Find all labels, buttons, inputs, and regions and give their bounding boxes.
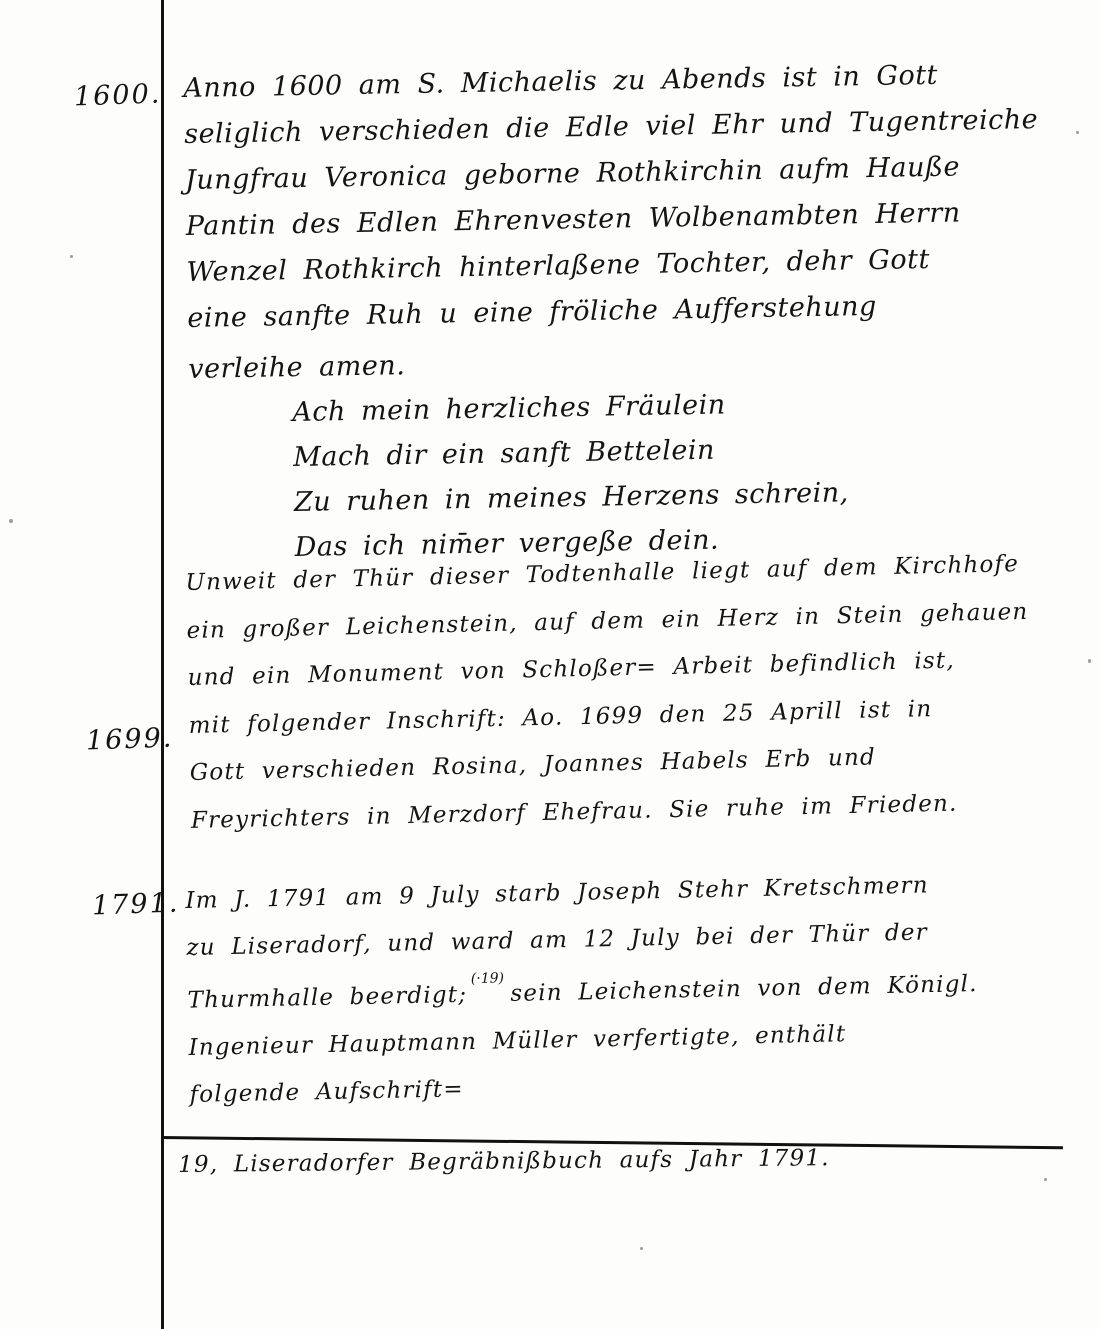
scan-speck (70, 255, 73, 258)
footnote-ref: (·19) (471, 970, 505, 987)
scan-speck (1088, 659, 1091, 663)
entry-1699: Unweit der Thür dieser Todtenhalle liegt… (185, 541, 1033, 845)
margin-date-1600: 1600. (73, 78, 161, 112)
footnote: 19, Liseradorfer Begräbnißbuch aufs Jahr… (178, 1145, 830, 1178)
scan-speck (640, 1247, 643, 1250)
entry-1600-verse: Ach mein herzliches Fräulein Mach dir ei… (292, 380, 850, 570)
entry-1791: Im J. 1791 am 9 July starb Joseph Stehr … (185, 861, 980, 1118)
scan-speck (9, 519, 13, 523)
entry-1600: Anno 1600 am S. Michaelis zu Abends ist … (183, 51, 1043, 393)
manuscript-page: 1600. 1699. 1791. Anno 1600 am S. Michae… (0, 0, 1100, 1329)
margin-date-1699: 1699. (85, 722, 173, 756)
margin-date-1791: 1791. (91, 887, 179, 921)
scan-speck (1044, 1178, 1047, 1181)
margin-rule-vertical (161, 0, 164, 1329)
line-text: Thurmhalle beerdigt; (187, 982, 467, 1014)
scan-speck (1076, 131, 1079, 134)
line-text: sein Leichenstein von dem Königl. (510, 971, 978, 1007)
